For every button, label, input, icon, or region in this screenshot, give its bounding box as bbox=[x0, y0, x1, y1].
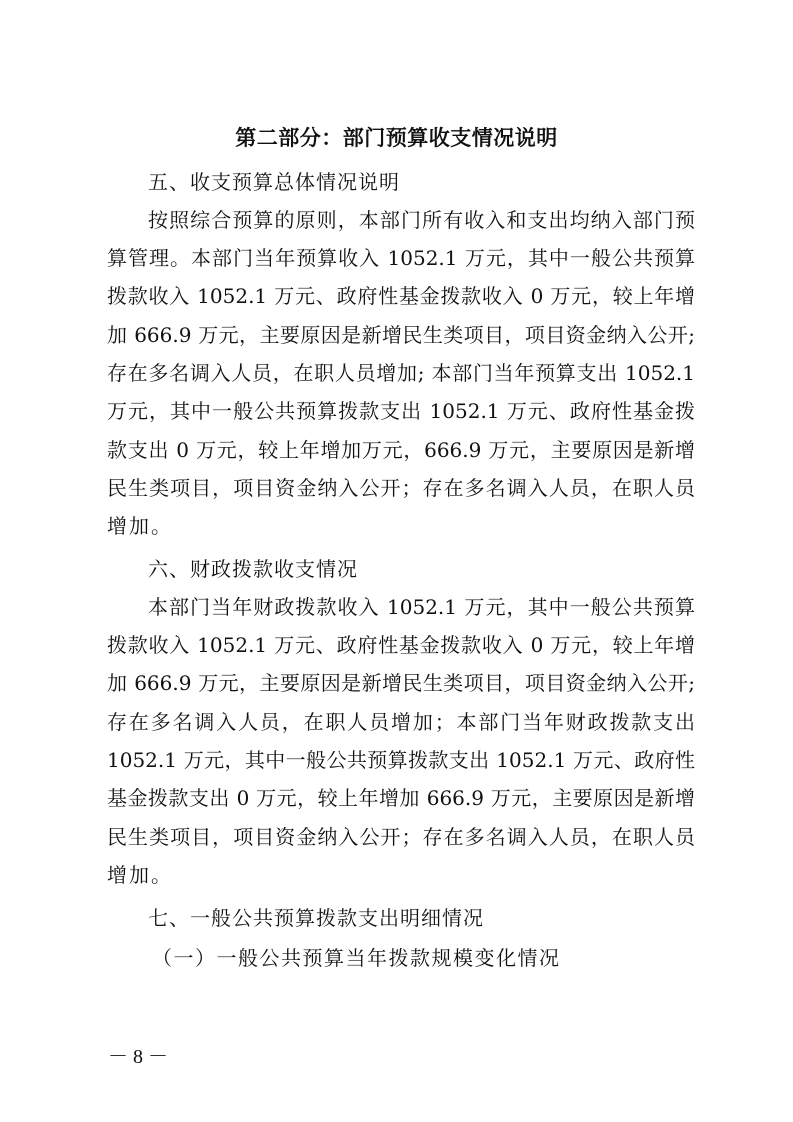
page-number: － 8 － bbox=[108, 1040, 168, 1069]
paragraph-line: 增加。 bbox=[107, 512, 695, 540]
paragraph-line: 基金拨款支出 0 万元，较上年增加 666.9 万元，主要原因是新增 bbox=[107, 784, 695, 812]
paragraph-line: 加 666.9 万元，主要原因是新增民生类项目，项目资金纳入公开; bbox=[107, 321, 695, 349]
paragraph-line: 加 666.9 万元，主要原因是新增民生类项目，项目资金纳入公开; bbox=[107, 669, 695, 697]
paragraph-line: 民生类项目，项目资金纳入公开；存在多名调入人员，在职人员 bbox=[107, 823, 695, 851]
paragraph-line: 存在多名调入人员，在职人员增加；本部门当年财政拨款支出 bbox=[107, 708, 695, 736]
subsection-heading: （一）一般公共预算当年拨款规模变化情况 bbox=[152, 942, 561, 971]
section-heading-7: 七、一般公共预算拨款支出明细情况 bbox=[148, 902, 484, 931]
paragraph-line: 民生类项目，项目资金纳入公开；存在多名调入人员，在职人员 bbox=[107, 474, 695, 502]
page-title: 第二部分：部门预算收支情况说明 bbox=[0, 122, 793, 152]
section-heading-6: 六、财政拨款收支情况 bbox=[148, 553, 358, 582]
paragraph-line: 万元，其中一般公共预算拨款支出 1052.1 万元、政府性基金拨 bbox=[107, 397, 695, 425]
paragraph-line: 拨款收入 1052.1 万元、政府性基金拨款收入 0 万元，较上年增 bbox=[107, 631, 695, 659]
paragraph-line: 存在多名调入人员，在职人员增加; 本部门当年预算支出 1052.1 bbox=[107, 359, 695, 387]
paragraph-line: 按照综合预算的原则，本部门所有收入和支出均纳入部门预 bbox=[148, 206, 695, 234]
document-page: 第二部分：部门预算收支情况说明 五、收支预算总体情况说明 按照综合预算的原则，本… bbox=[0, 0, 793, 1122]
paragraph-line: 本部门当年财政拨款收入 1052.1 万元，其中一般公共预算 bbox=[148, 593, 695, 621]
section-heading-5: 五、收支预算总体情况说明 bbox=[148, 166, 400, 195]
paragraph-line: 增加。 bbox=[107, 861, 695, 889]
paragraph-line: 款支出 0 万元，较上年增加万元，666.9 万元，主要原因是新增 bbox=[107, 436, 695, 464]
paragraph-line: 拨款收入 1052.1 万元、政府性基金拨款收入 0 万元，较上年增 bbox=[107, 282, 695, 310]
paragraph-line: 算管理。本部门当年预算收入 1052.1 万元，其中一般公共预算 bbox=[107, 244, 695, 272]
paragraph-line: 1052.1 万元，其中一般公共预算拨款支出 1052.1 万元、政府性 bbox=[107, 746, 695, 774]
